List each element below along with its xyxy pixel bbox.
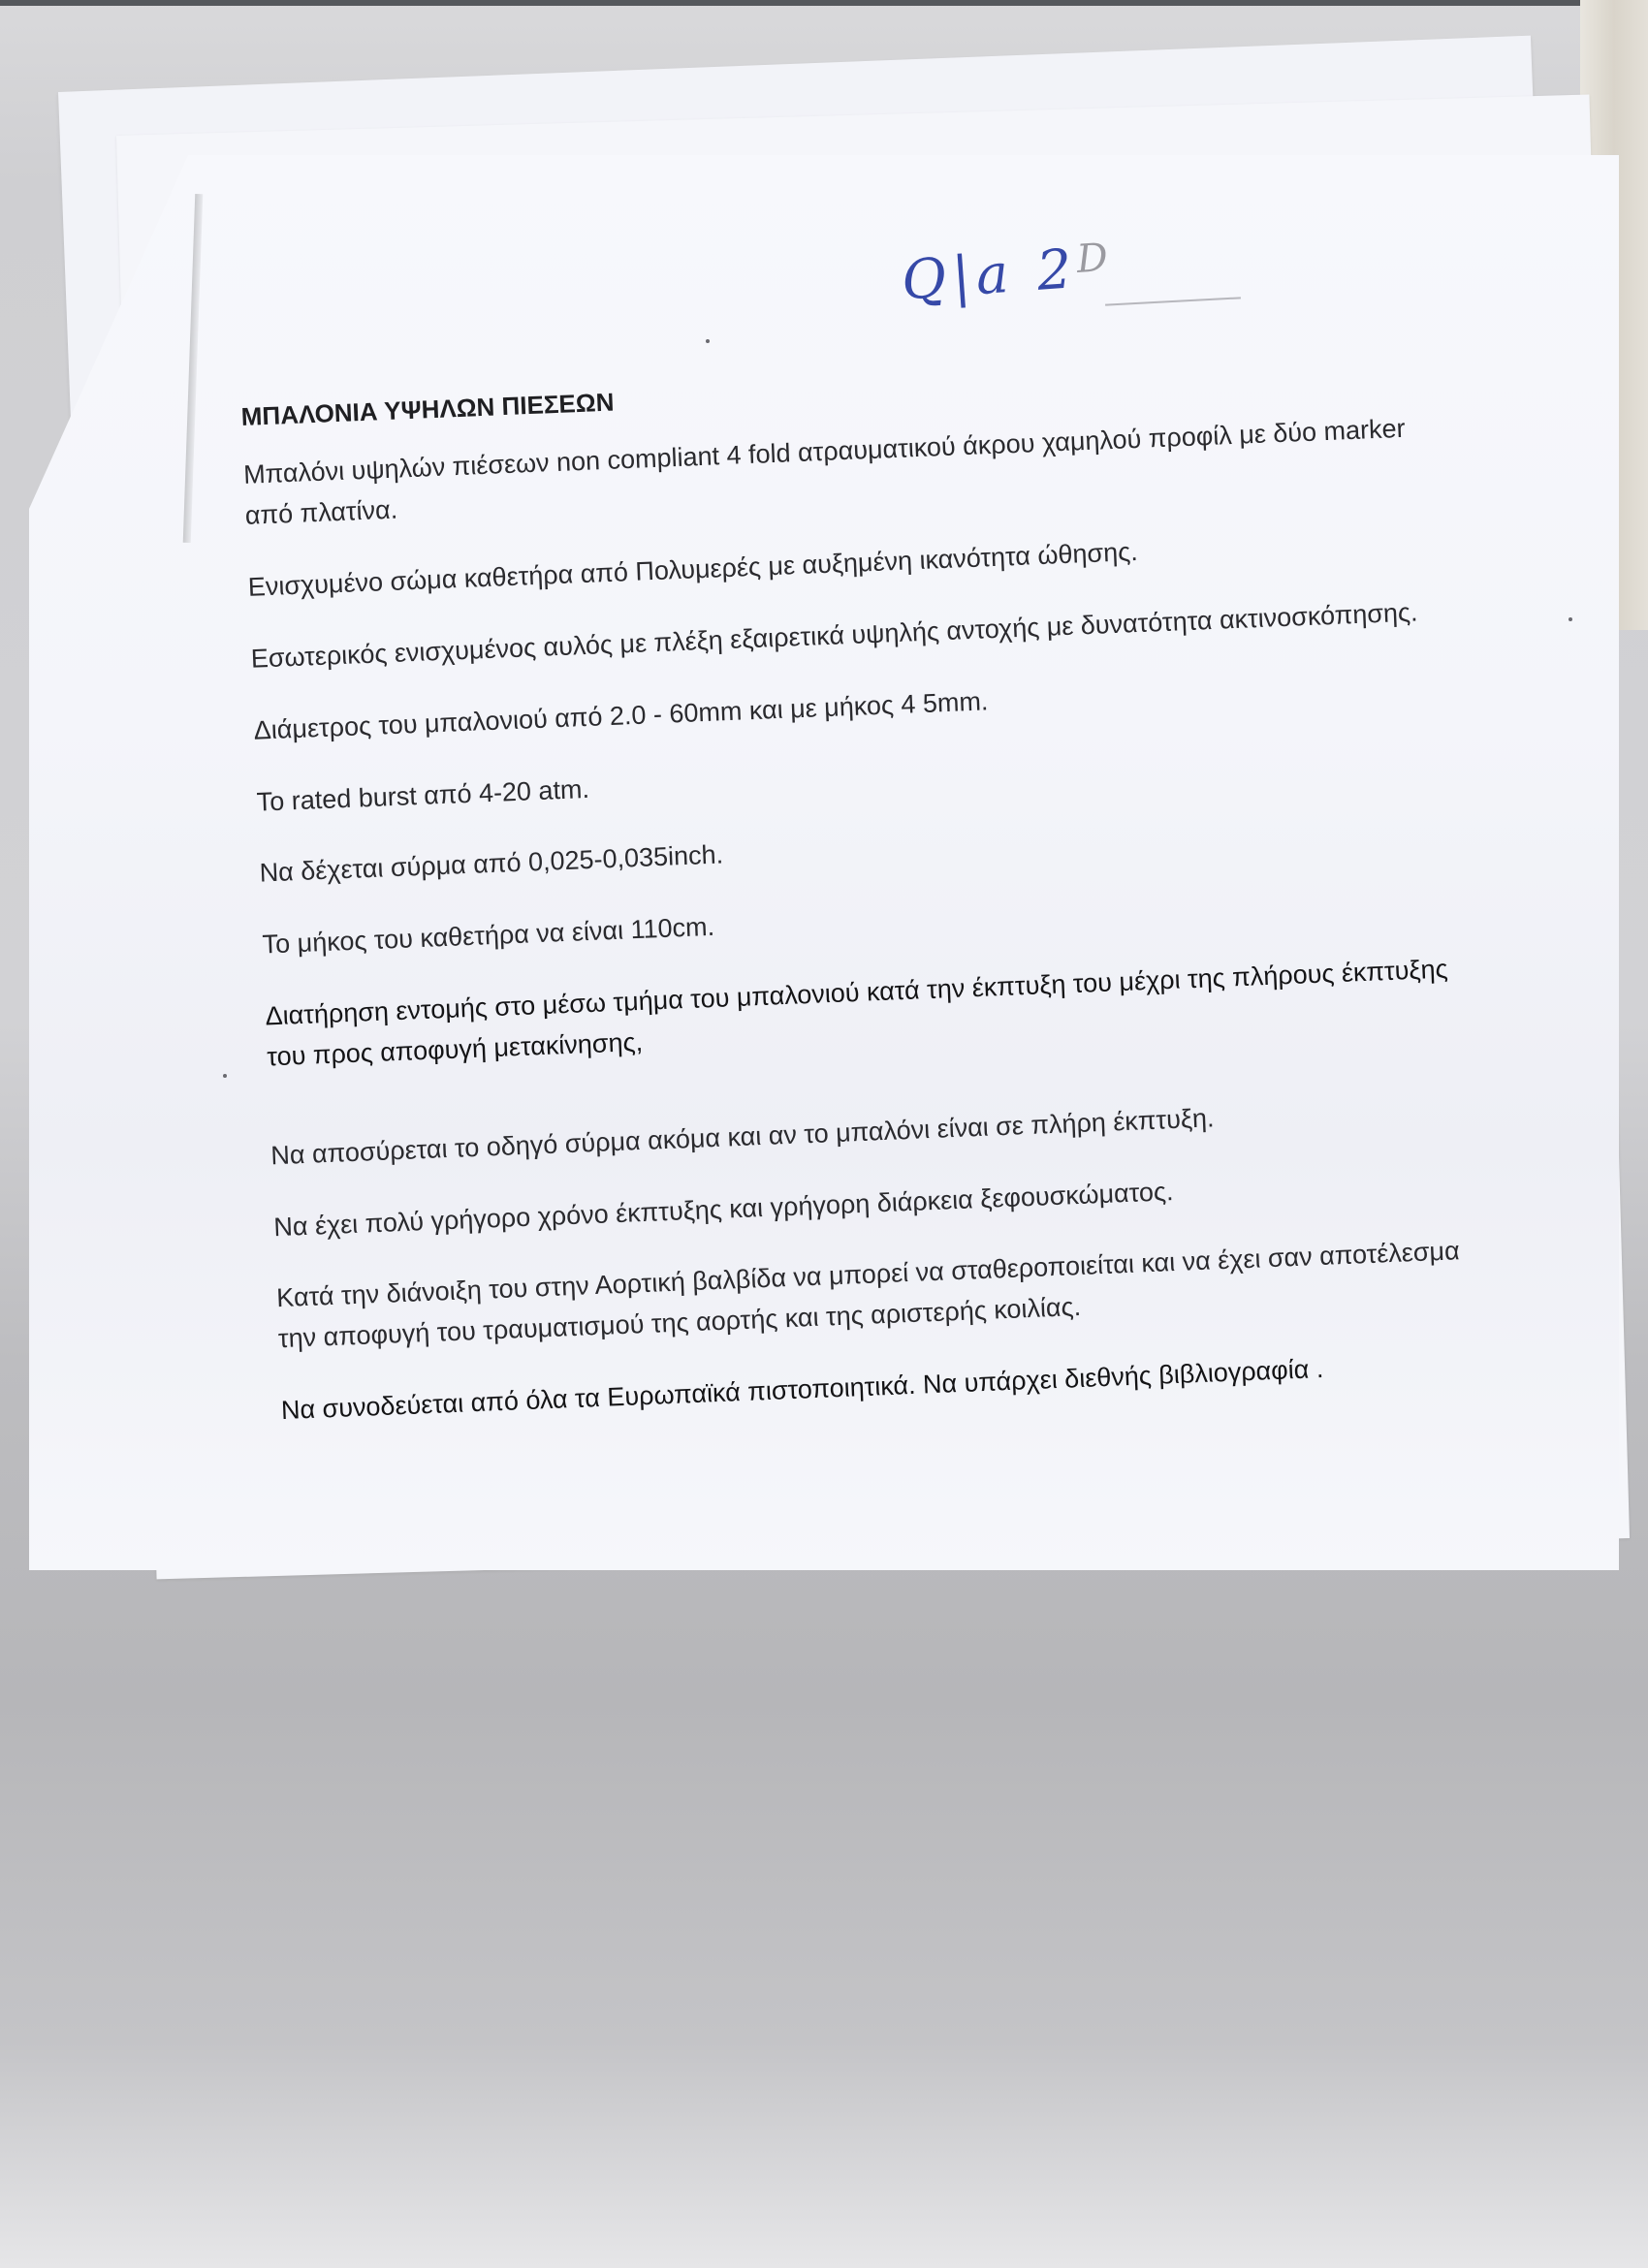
spec-paragraph: Να δέχεται σύρμα από 0,025-0,035inch. xyxy=(259,806,1452,895)
paper-speck xyxy=(706,339,710,343)
spec-paragraph: Εσωτερικός ενισχυμένος αυλός με πλέξη εξ… xyxy=(250,591,1443,679)
spec-paragraph: Να συνοδεύεται από όλα τα Ευρωπαϊκά πιστ… xyxy=(280,1343,1474,1432)
handwritten-note: Q|a 2 xyxy=(900,237,1080,313)
spec-paragraph: Διατήρηση εντομής στο μέσω τμήμα του μπα… xyxy=(265,949,1459,1078)
spec-paragraph: Ενισχυμένο σώμα καθετήρα από Πολυμερές μ… xyxy=(247,520,1441,608)
spec-paragraph: Να έχει πολύ γρήγορο χρόνο έκπτυξης και … xyxy=(273,1160,1467,1248)
handwritten-superscript: D xyxy=(1075,235,1115,282)
spec-paragraph: Να αποσύρεται το οδηγό σύρμα ακόμα και α… xyxy=(270,1088,1464,1177)
spec-paragraph: Το μήκος του καθετήρα να είναι 110cm. xyxy=(262,877,1455,965)
spec-paragraph: Κατά την διάνοιξη του στην Αορτική βαλβί… xyxy=(276,1231,1471,1360)
spec-paragraph: Διάμετρος του μπαλονιού από 2.0 - 60mm κ… xyxy=(253,663,1446,751)
paper-speck xyxy=(223,1074,227,1078)
spec-paragraph: Το rated burst από 4-20 atm. xyxy=(256,735,1449,823)
document-body: ΜΠΑΛΟΝΙΑ ΥΨΗΛΩΝ ΠΙΕΣΕΩΝ Μπαλόνι υψηλών π… xyxy=(240,350,1474,1463)
scanner-edge xyxy=(0,0,1648,6)
paper-speck xyxy=(1569,617,1572,621)
